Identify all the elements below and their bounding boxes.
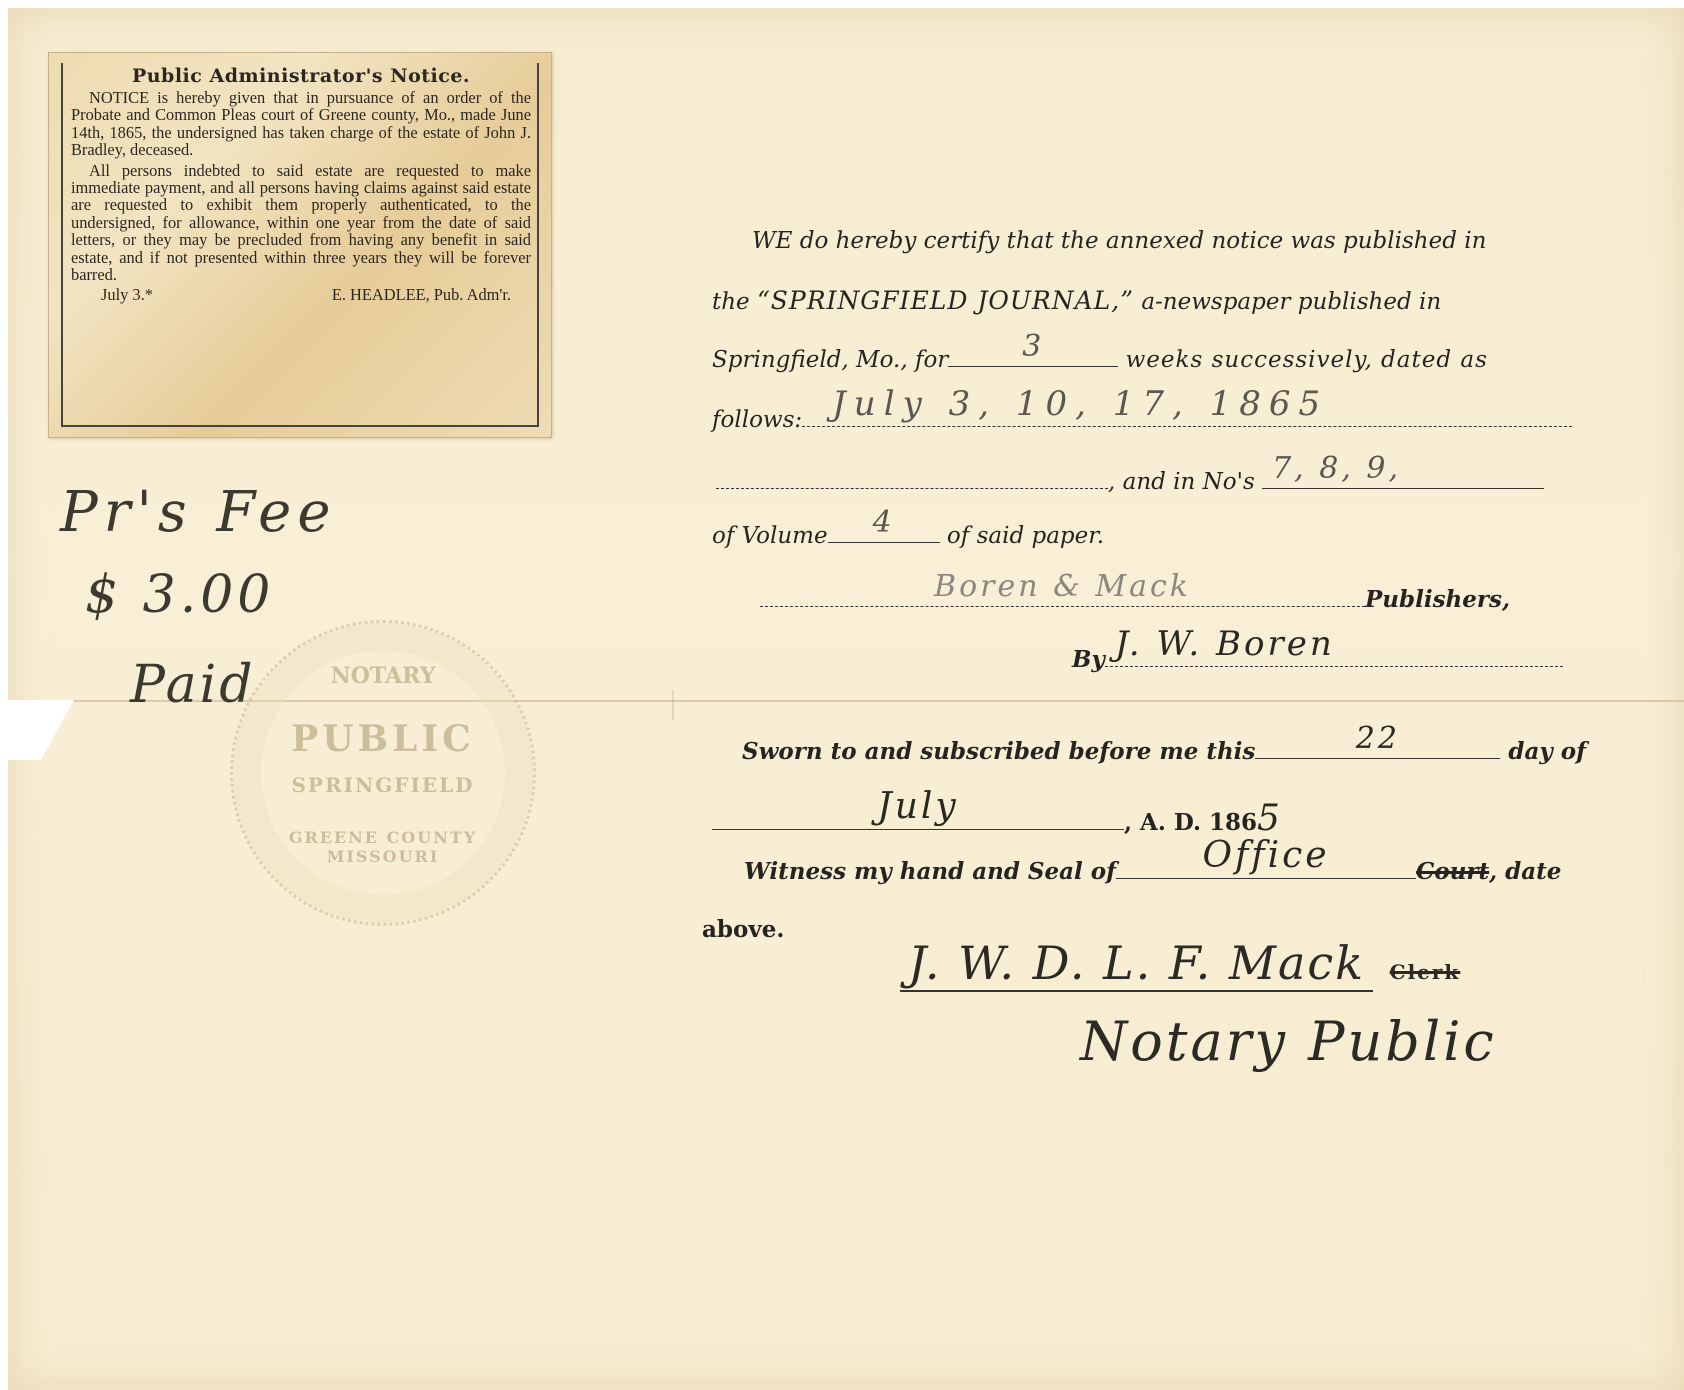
publishers-label: Publishers,	[1365, 586, 1510, 613]
by-signature-field[interactable]: J. W. Boren	[1105, 646, 1563, 667]
certificate-line-4: follows:July 3, 10, 17, 1865	[712, 406, 1572, 433]
dates-value: July 3, 10, 17, 1865	[802, 384, 1572, 424]
month-value: July	[712, 786, 1124, 827]
and-in-nos-text: , and in No's	[1108, 469, 1255, 495]
embossed-notary-seal: NOTARY PUBLIC SPRINGFIELD GREENE COUNTY …	[230, 620, 536, 926]
clipping-date: July 3.*	[101, 285, 153, 305]
year-value[interactable]: 5	[1257, 798, 1280, 839]
the-text: the	[712, 289, 750, 315]
seal-middle-text: PUBLIC	[233, 718, 533, 760]
sworn-text: Sworn to and subscribed before me this	[742, 738, 1255, 765]
above-line: above.	[702, 916, 784, 943]
sworn-line: Sworn to and subscribed before me this22…	[742, 738, 1586, 765]
publishers-field[interactable]: Boren & Mack	[760, 586, 1365, 607]
month-year-line: July, A. D. 1865	[712, 798, 1280, 839]
of-volume-label: of Volume	[712, 523, 828, 549]
newspaper-clipping: Public Administrator's Notice. NOTICE is…	[48, 52, 552, 438]
by-line: ByJ. W. Boren	[1072, 646, 1563, 673]
springfield-text: Springfield, Mo., for	[712, 347, 948, 373]
publishers-line: Boren & MackPublishers,	[760, 586, 1510, 613]
volume-field[interactable]: 4	[828, 522, 940, 543]
struck-court-text: Court	[1416, 858, 1489, 885]
date-text: , date	[1489, 858, 1561, 885]
margin-note-amount: $ 3.00	[85, 565, 274, 625]
day-value: 22	[1255, 721, 1500, 756]
seal-bottom-text: GREENE COUNTY MISSOURI	[233, 828, 533, 866]
clipping-title: Public Administrator's Notice.	[71, 65, 531, 87]
certificate-line-1: WE do hereby certify that the annexed no…	[752, 228, 1486, 254]
publishers-value: Boren & Mack	[760, 569, 1365, 604]
month-field[interactable]: July	[712, 809, 1124, 830]
notary-public-title: Notary Public	[1080, 1010, 1497, 1073]
certificate-line-5: , and in No's 7, 8, 9,	[716, 468, 1544, 495]
seal-top-text: NOTARY	[233, 663, 533, 689]
newspaper-name: “SPRINGFIELD JOURNAL,”	[757, 286, 1134, 315]
notary-signature-value: J. W. D. L. F. Mack	[900, 936, 1373, 992]
certificate-line-2: the “SPRINGFIELD JOURNAL,” a-newspaper p…	[712, 286, 1441, 315]
issue-numbers-value: 7, 8, 9,	[1262, 451, 1544, 486]
clipping-signature: E. HEADLEE, Pub. Adm'r.	[332, 285, 511, 305]
issue-numbers-field[interactable]: 7, 8, 9,	[1262, 468, 1544, 489]
notary-signature: J. W. D. L. F. Mack Clerk	[900, 936, 1460, 990]
by-signature-value: J. W. Boren	[1105, 624, 1563, 664]
certificate-line-6: of Volume4 of said paper.	[712, 522, 1104, 549]
witness-line: Witness my hand and Seal ofOfficeCourt, …	[744, 858, 1561, 885]
day-field[interactable]: 22	[1255, 738, 1500, 759]
follows-label: follows:	[712, 407, 802, 433]
weeks-field[interactable]: 3	[948, 346, 1118, 367]
dates-field[interactable]: July 3, 10, 17, 1865	[802, 406, 1572, 427]
day-of-text: day of	[1508, 738, 1586, 765]
certificate-line-3: Springfield, Mo., for3 weeks successivel…	[712, 346, 1488, 373]
volume-value: 4	[828, 505, 940, 540]
above-text: above.	[702, 916, 784, 943]
weeks-successively-text: weeks successively, dated as	[1126, 347, 1488, 373]
clipping-paragraph-1: NOTICE is hereby given that in pursuance…	[71, 89, 531, 159]
of-said-paper-text: of said paper.	[947, 523, 1104, 549]
witness-text: Witness my hand and Seal of	[744, 858, 1116, 885]
margin-note-paid: Paid	[130, 655, 256, 715]
newspaper-published-text: a-newspaper published in	[1141, 289, 1441, 315]
year-prefix-text: , A. D. 186	[1124, 809, 1257, 836]
weeks-value: 3	[948, 329, 1118, 364]
certify-text: WE do hereby certify that the annexed no…	[752, 228, 1486, 254]
office-value: Office	[1116, 835, 1416, 876]
by-label: By	[1072, 646, 1105, 673]
dates-continued-field[interactable]	[716, 468, 1108, 489]
seal-city-text: SPRINGFIELD	[233, 773, 533, 797]
struck-clerk-text: Clerk	[1390, 960, 1461, 984]
office-field[interactable]: Office	[1116, 858, 1416, 879]
clipping-paragraph-2: All persons indebted to said estate are …	[71, 162, 531, 284]
margin-note-fee: Pr's Fee	[60, 480, 336, 545]
fold-crease-vertical	[672, 690, 674, 720]
